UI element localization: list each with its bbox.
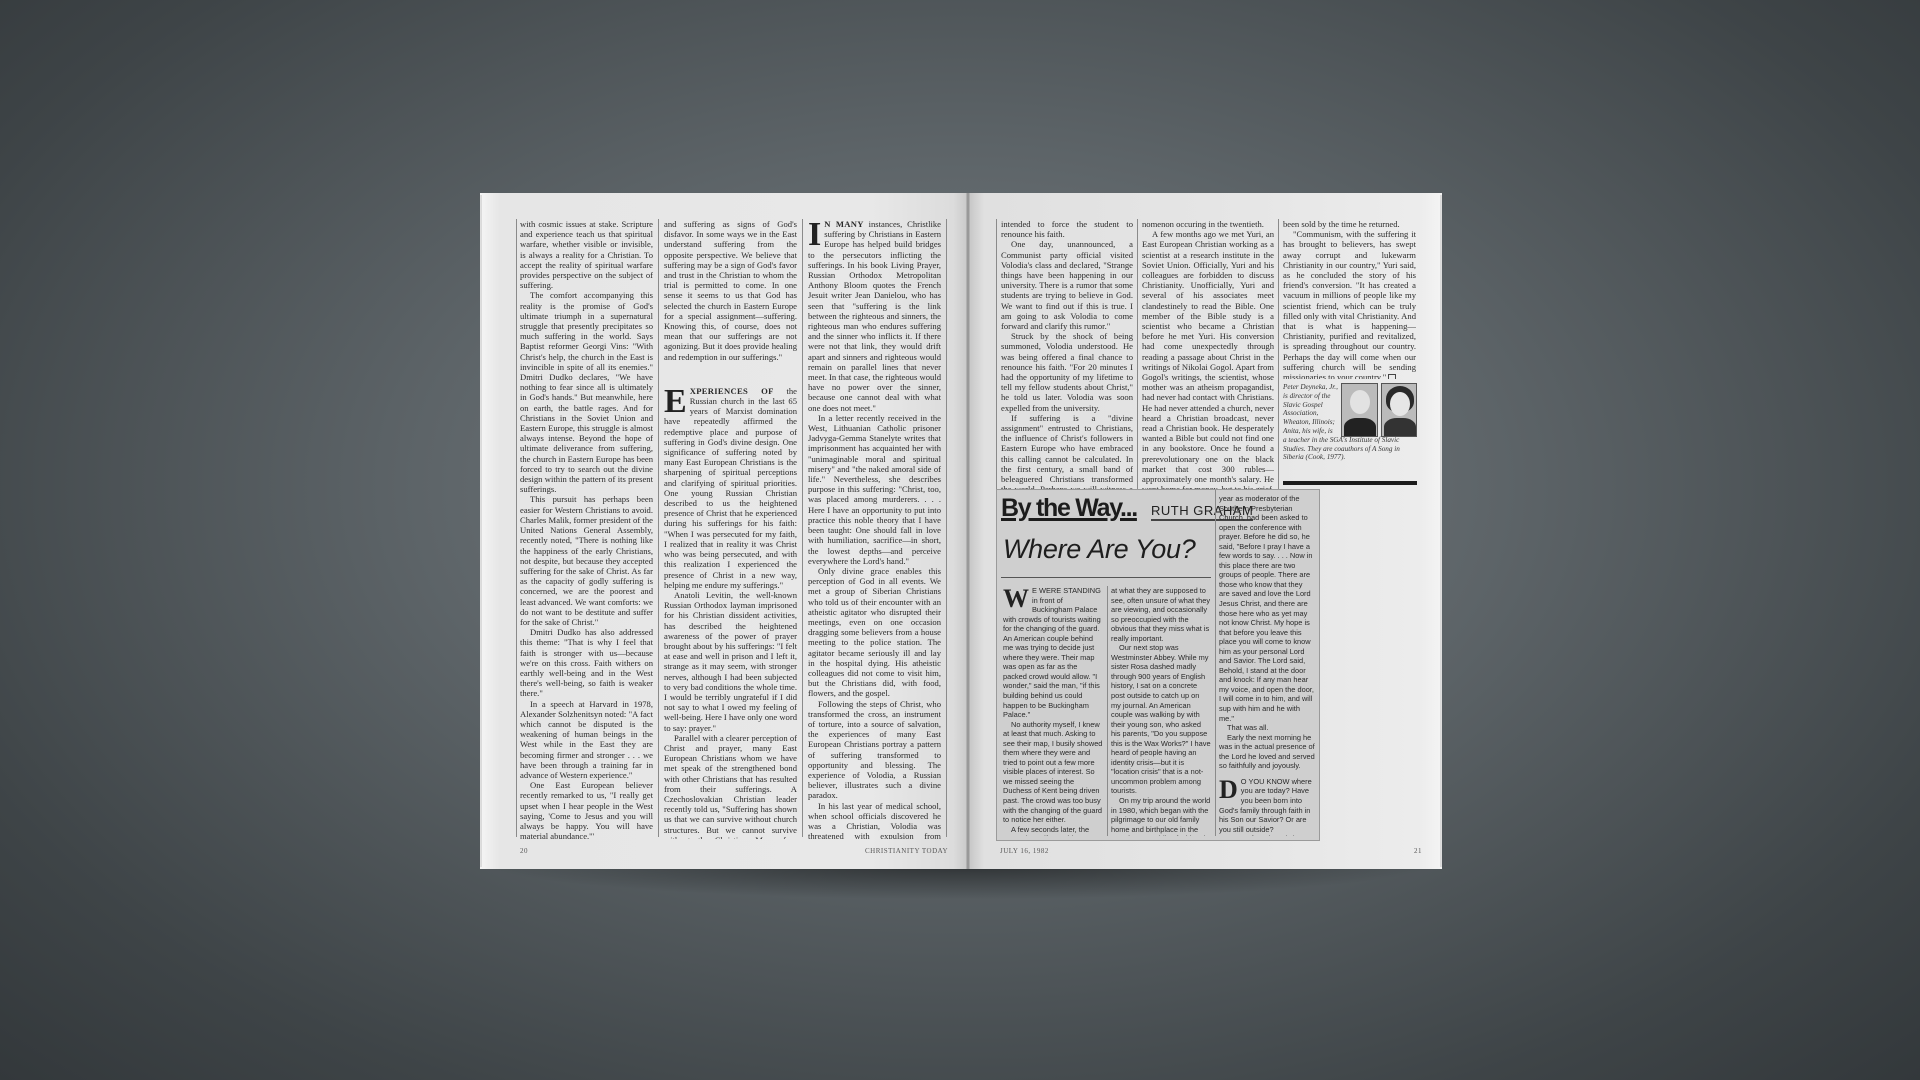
column-rule [658, 219, 659, 837]
paragraph: Parallel with a clearer perception of Ch… [664, 733, 797, 839]
end-of-article-mark [1388, 374, 1396, 379]
column-rule [946, 219, 947, 837]
paragraph: This pursuit has perhaps been easier for… [520, 494, 653, 627]
author-photos [1341, 383, 1417, 435]
author-bio: Peter Deyneka, Jr., is director of the S… [1283, 383, 1417, 462]
paragraph-text: instances, Christlike suffering by Chris… [808, 219, 941, 413]
drop-cap: I [808, 221, 821, 249]
running-footer-right: JULY 16, 1982 [1000, 847, 1049, 855]
section-divider-bar [1283, 481, 1417, 485]
right-col-3: been sold by the time he returned. "Comm… [1283, 219, 1416, 379]
drop-cap: D [1219, 779, 1238, 801]
spine-gutter [966, 193, 970, 869]
paragraph: Our next stop was Westminster Abbey. Whi… [1111, 643, 1211, 796]
by-the-way-box: By the Way... RUTH GRAHAM Where Are You?… [996, 489, 1320, 841]
column-rule [516, 219, 517, 837]
paragraph: Many of Paul's epistles begin: "Paul to … [1219, 834, 1315, 836]
paragraph: been sold by the time he returned. [1283, 219, 1416, 229]
paragraph: A few months ago we met Yuri, an East Eu… [1142, 229, 1274, 504]
paragraph-text: the Russian church in the last 65 years … [664, 386, 797, 590]
header-rule [1001, 577, 1211, 578]
paragraph: Only divine grace enables this perceptio… [808, 566, 941, 699]
paragraph: and suffering as signs of God's disfavor… [664, 219, 797, 362]
left-col-2: and suffering as signs of God's disfavor… [664, 219, 797, 839]
column-rule [1107, 586, 1108, 836]
paragraph: Dmitri Dudko has also addressed this the… [520, 627, 653, 698]
drop-cap: E [664, 388, 687, 416]
paragraph: That was all. [1219, 723, 1315, 733]
paragraph: intended to force the student to renounc… [1001, 219, 1133, 239]
section-opening: EXPERIENCES OF the Russian church in the… [664, 386, 797, 590]
paragraph: Early the next morning he was in the act… [1219, 733, 1315, 771]
page-stack-edge-left [480, 195, 482, 867]
paragraph: One day, unannounced, a Communist party … [1001, 239, 1133, 331]
column-header: By the Way... RUTH GRAHAM Where Are You? [1001, 494, 1256, 574]
drop-cap: W [1003, 588, 1029, 610]
running-footer-left: CHRISTIANITY TODAY [865, 847, 948, 855]
paragraph: nomenon occuring in the twentieth. [1142, 219, 1274, 229]
page-stack-edge-right [1440, 195, 1442, 867]
right-page: intended to force the student to renounc… [970, 193, 1442, 869]
column-rule [1215, 490, 1216, 836]
article-title: Where Are You? [1003, 534, 1195, 565]
paragraph: year as moderator of the Southern Presby… [1219, 494, 1315, 723]
author-photo-peter [1341, 383, 1378, 437]
paragraph: A few seconds later, the queen herself w… [1003, 825, 1103, 836]
btw-col-1: WE WERE STANDING in front of Buckingham … [1003, 586, 1103, 836]
paragraph: On my trip around the world in 1980, whi… [1111, 796, 1211, 836]
column-rule [802, 219, 803, 837]
paragraph: In his last year of medical school, when… [808, 801, 941, 839]
btw-col-3: year as moderator of the Southern Presby… [1219, 494, 1315, 836]
paragraph: In a speech at Harvard in 1978, Alexande… [520, 699, 653, 781]
page-number-right: 21 [1414, 847, 1422, 855]
lead-in: E WERE STANDING [1032, 586, 1101, 595]
left-col-3: IN MANY instances, Christlike suffering … [808, 219, 941, 839]
paragraph: Anatoli Levitin, the well-known Russian … [664, 590, 797, 733]
paragraph: at what they are supposed to see, often … [1111, 586, 1211, 643]
btw-col-2: at what they are supposed to see, often … [1111, 586, 1211, 836]
page-number-left: 20 [520, 847, 528, 855]
column-kicker: By the Way... [1001, 494, 1137, 522]
paragraph: with cosmic issues at stake. Scripture a… [520, 219, 653, 290]
lead-in: N MANY [824, 219, 864, 229]
magazine-spread: with cosmic issues at stake. Scripture a… [480, 193, 1442, 869]
paragraph: No authority myself, I knew at least tha… [1003, 720, 1103, 825]
paragraph: Following the steps of Christ, who trans… [808, 699, 941, 801]
paragraph: Struck by the shock of being summoned, V… [1001, 331, 1133, 413]
paragraph: The comfort accompanying this reality is… [520, 290, 653, 494]
lead-in: XPERIENCES OF [690, 386, 774, 396]
section-opening: IN MANY instances, Christlike suffering … [808, 219, 941, 413]
left-page: with cosmic issues at stake. Scripture a… [480, 193, 968, 869]
paragraph: "Communism, with the suffering it has br… [1283, 229, 1416, 379]
author-photo-anita [1381, 383, 1418, 437]
lead-in: O YOU KNOW [1241, 777, 1290, 786]
left-col-1: with cosmic issues at stake. Scripture a… [520, 219, 653, 839]
paragraph: In a letter recently received in the Wes… [808, 413, 941, 566]
paragraph: One East European believer recently rema… [520, 780, 653, 839]
